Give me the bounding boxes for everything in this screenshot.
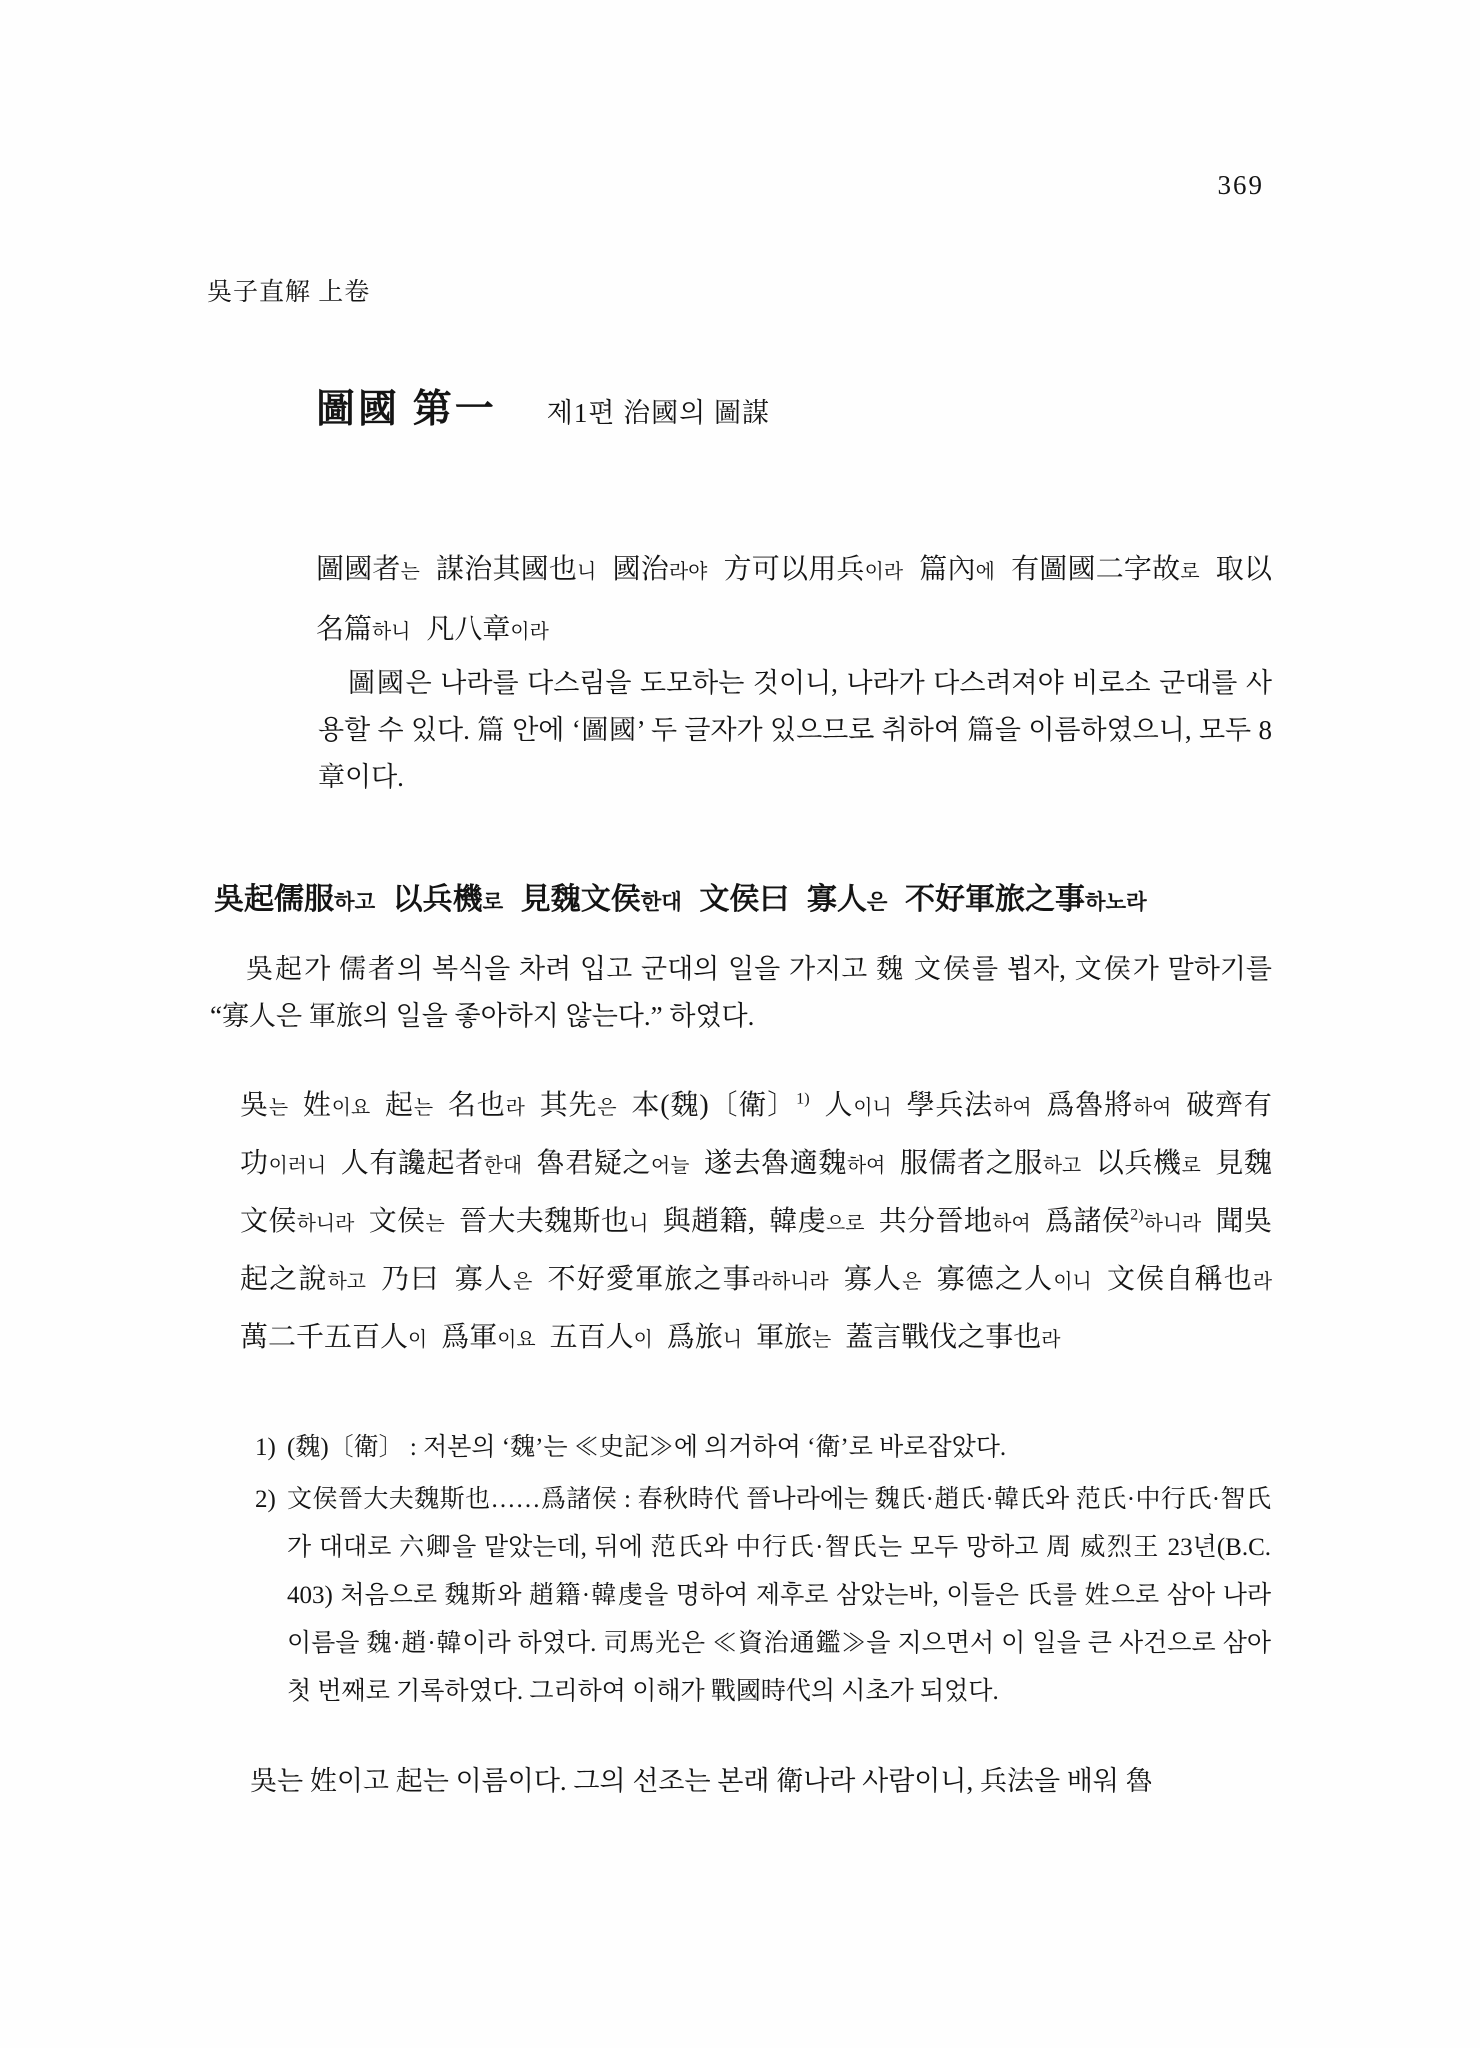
- gugyeol-particle: 라: [1253, 1271, 1272, 1293]
- running-header: 吳子直解 上卷: [207, 272, 370, 308]
- gugyeol-particle: 니: [723, 1329, 742, 1351]
- book-page: 369 吳子直解 上卷 圖國 第一제1편 治國의 圖謀 圖國者는 謀治其國也니 …: [0, 0, 1480, 2048]
- gugyeol-particle: 하니라: [1144, 1213, 1202, 1235]
- gugyeol-particle: 니: [577, 561, 596, 583]
- gugyeol-particle: 하여: [1133, 1097, 1171, 1119]
- gugyeol-particle: 는: [269, 1097, 288, 1119]
- gugyeol-particle: 은: [902, 1271, 921, 1293]
- hanja-phrase: 國治: [613, 554, 669, 585]
- hanja-phrase: 姓: [303, 1090, 332, 1121]
- commentary-passage: 吳는 姓이요 起는 名也라 其先은 本(魏)〔衛〕1) 人이니 學兵法하여 爲魯…: [240, 1078, 1272, 1368]
- gugyeol-particle: 하고: [334, 890, 375, 914]
- hanja-phrase: 爲旅: [667, 1322, 723, 1353]
- hanja-phrase: 寡人: [844, 1264, 902, 1295]
- gugyeol-particle: 라: [1041, 1329, 1060, 1351]
- translation-commentary-start-paragraph: 吳는 姓이고 起는 이름이다. 그의 선조는 본래 衛나라 사람이니, 兵法을 …: [210, 1758, 1272, 1805]
- gugyeol-particle: 니: [629, 1213, 648, 1235]
- gugyeol-particle: 하여: [993, 1097, 1031, 1119]
- hanja-phrase: 魯君疑之: [537, 1148, 651, 1179]
- hanja-phrase: 寡德之人: [937, 1264, 1054, 1295]
- hanja-phrase: 服儒者之服: [900, 1148, 1043, 1179]
- gugyeol-particle: 이: [408, 1329, 427, 1351]
- gugyeol-particle: 하여: [847, 1155, 885, 1177]
- gugyeol-particle: 에: [976, 561, 995, 583]
- hanja-phrase: 文侯曰: [699, 883, 789, 916]
- hanja-phrase: 有圖國二字故: [1011, 554, 1180, 585]
- translation-headline-paragraph: 吳起가 儒者의 복식을 차려 입고 군대의 일을 가지고 魏 文侯를 뵙자, 文…: [210, 946, 1272, 1040]
- hanja-phrase: 凡八章: [426, 614, 510, 645]
- footnote-list: 1) (魏)〔衛〕 : 저본의 ‘魏’는 ≪史記≫에 의거하여 ‘衛’로 바로잡…: [255, 1424, 1271, 1716]
- original-hanmun-passage: 圖國者는 謀治其國也니 國治라야 方可以用兵이라 篇內에 有圖國二字故로 取以名…: [316, 541, 1272, 661]
- hanja-phrase: 人有讒起者: [341, 1148, 484, 1179]
- footnote-text: 文侯晉大夫魏斯也……爲諸侯 : 春秋時代 晉나라에는 魏氏·趙氏·韓氏와 范氏·…: [287, 1476, 1271, 1716]
- gugyeol-particle: 이니: [853, 1097, 891, 1119]
- gugyeol-particle: 이러니: [269, 1155, 327, 1177]
- gugyeol-particle: 한대: [641, 890, 682, 914]
- footnote-item-2: 2) 文侯晉大夫魏斯也……爲諸侯 : 春秋時代 晉나라에는 魏氏·趙氏·韓氏와 …: [255, 1476, 1271, 1716]
- hanja-phrase: 吳起儒服: [214, 883, 334, 916]
- translation-intro-paragraph: 圖國은 나라를 다스림을 도모하는 것이니, 나라가 다스려져야 비로소 군대를…: [318, 660, 1272, 801]
- hanja-phrase: 寡人: [455, 1264, 513, 1295]
- hanja-phrase: 吳: [240, 1090, 269, 1121]
- gugyeol-particle: 로: [1180, 561, 1199, 583]
- hanja-phrase: 學兵法: [907, 1090, 994, 1121]
- footnote-item-1: 1) (魏)〔衛〕 : 저본의 ‘魏’는 ≪史記≫에 의거하여 ‘衛’로 바로잡…: [255, 1424, 1271, 1472]
- hanja-phrase: 萬二千五百人: [240, 1322, 408, 1353]
- gugyeol-particle: 하노라: [1085, 890, 1147, 914]
- gugyeol-particle: 는: [812, 1329, 831, 1351]
- gugyeol-particle: 라: [506, 1097, 525, 1119]
- hanja-phrase: 軍旅: [756, 1322, 812, 1353]
- hanja-phrase: 爲諸侯: [1045, 1206, 1130, 1237]
- hanja-phrase: 文侯: [369, 1206, 426, 1237]
- footnote-reference: 1): [796, 1090, 810, 1108]
- hanja-phrase: 方可以用兵: [724, 554, 865, 585]
- gugyeol-particle: 하니라: [297, 1213, 355, 1235]
- gugyeol-particle: 이요: [332, 1097, 370, 1119]
- hanja-phrase: 其先: [540, 1090, 598, 1121]
- gugyeol-particle: 어늘: [651, 1155, 689, 1177]
- hanja-phrase: 人: [824, 1090, 853, 1121]
- gugyeol-particle: 이요: [497, 1329, 535, 1351]
- footnote-text: (魏)〔衛〕 : 저본의 ‘魏’는 ≪史記≫에 의거하여 ‘衛’로 바로잡았다.: [287, 1424, 1271, 1472]
- footnote-marker: 1): [255, 1424, 287, 1472]
- gugyeol-particle: 은: [513, 1271, 532, 1293]
- gugyeol-particle: 는: [425, 1213, 444, 1235]
- hanja-phrase: 名也: [448, 1090, 506, 1121]
- hanja-phrase: 不好軍旅之事: [905, 883, 1085, 916]
- main-text-headline: 吳起儒服하고 以兵機로 見魏文侯한대 文侯曰 寡人은 不好軍旅之事하노라: [214, 874, 1276, 918]
- hanja-phrase: 共分晉地: [879, 1206, 992, 1237]
- hanja-phrase: 五百人: [550, 1322, 634, 1353]
- hanja-phrase: 韓虔: [769, 1206, 826, 1237]
- chapter-title: 圖國 第一제1편 治國의 圖謀: [316, 378, 770, 434]
- gugyeol-particle: 하여: [992, 1213, 1030, 1235]
- hanja-phrase: 遂去魯適魏: [704, 1148, 847, 1179]
- gugyeol-particle: 하고: [328, 1271, 366, 1293]
- footnote-marker: 2): [255, 1476, 287, 1524]
- hanja-phrase: 與趙籍,: [663, 1206, 755, 1237]
- hanja-phrase: 蓋言戰伐之事也: [845, 1322, 1041, 1353]
- hanja-phrase: 篇內: [919, 554, 975, 585]
- hanja-phrase: 寡人: [807, 883, 867, 916]
- hanja-phrase: 本(魏)〔衛〕: [631, 1090, 796, 1121]
- gugyeol-particle: 으로: [826, 1213, 864, 1235]
- gugyeol-particle: 로: [1182, 1155, 1201, 1177]
- gugyeol-particle: 이라: [865, 561, 903, 583]
- page-number: 369: [1218, 170, 1265, 201]
- gugyeol-particle: 는: [414, 1097, 433, 1119]
- hanja-phrase: 不好愛軍旅之事: [548, 1264, 752, 1295]
- hanja-phrase: 見魏文侯: [521, 883, 641, 916]
- gugyeol-particle: 한대: [484, 1155, 522, 1177]
- chapter-title-korean: 제1편 治國의 圖謀: [547, 398, 770, 428]
- gugyeol-particle: 하니: [372, 621, 410, 643]
- hanja-phrase: 爲軍: [441, 1322, 497, 1353]
- chapter-title-hanja: 圖國 第一: [316, 388, 497, 431]
- gugyeol-particle: 이니: [1053, 1271, 1091, 1293]
- hanja-phrase: 文侯自稱也: [1107, 1264, 1253, 1295]
- gugyeol-particle: 라야: [669, 561, 707, 583]
- gugyeol-particle: 는: [401, 561, 420, 583]
- hanja-phrase: 以兵機: [1096, 1148, 1182, 1179]
- hanja-phrase: 起: [385, 1090, 414, 1121]
- hanja-phrase: 以兵機: [393, 883, 483, 916]
- footnote-reference: 2): [1130, 1206, 1144, 1224]
- gugyeol-particle: 라하니라: [752, 1271, 829, 1293]
- hanja-phrase: 爲魯將: [1046, 1090, 1133, 1121]
- hanja-phrase: 乃曰: [381, 1264, 439, 1295]
- hanja-phrase: 晉大夫魏斯也: [459, 1206, 629, 1237]
- gugyeol-particle: 은: [597, 1097, 616, 1119]
- hanja-phrase: 圖國者: [316, 554, 401, 585]
- gugyeol-particle: 이: [634, 1329, 653, 1351]
- hanja-phrase: 謀治其國也: [436, 554, 577, 585]
- gugyeol-particle: 이라: [510, 621, 548, 643]
- gugyeol-particle: 로: [483, 890, 504, 914]
- gugyeol-particle: 하고: [1043, 1155, 1081, 1177]
- gugyeol-particle: 은: [867, 890, 888, 914]
